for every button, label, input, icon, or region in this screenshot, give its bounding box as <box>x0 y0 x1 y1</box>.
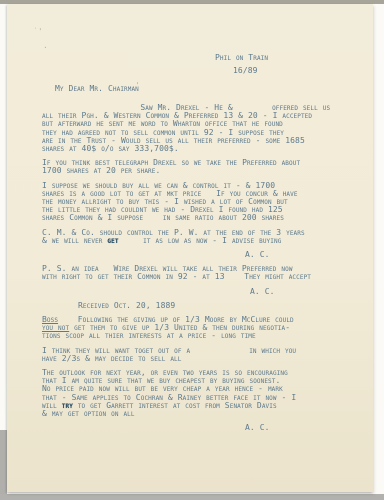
text-line: have 2/3s & may decide to sell all <box>42 355 367 363</box>
paragraph-outlook: The outlook for next year, or even two y… <box>42 369 367 418</box>
overstruck-word: get <box>107 236 118 245</box>
text-segment: shares at 40$ o/o say 333,700$. <box>42 144 179 153</box>
text-segment: it as low as now - I advise buying <box>119 236 282 245</box>
letter-date-line: 16/89 <box>233 67 258 75</box>
text-segment: 1700 shares at 20 per share. <box>42 166 160 175</box>
text-segment: A. C. <box>245 250 270 259</box>
text-line: with right to get their Common in 92 - a… <box>42 273 367 281</box>
text-segment: Received Oct. 20, 1889 <box>78 301 175 310</box>
text-line: A. C. <box>245 251 367 259</box>
signature-2: A. C. <box>250 288 367 296</box>
text-segment: A. C. <box>245 423 270 432</box>
paragraph-7: I think they will want toget out of a in… <box>42 347 367 363</box>
text-line: Received Oct. 20, 1889 <box>78 302 367 310</box>
text-line: shares Common & I suppose in same ratio … <box>42 214 367 222</box>
letter-paper: Phil on Train 16/89 My Dear Mr. Chairman… <box>7 4 373 492</box>
text-segment: A. C. <box>250 287 275 296</box>
text-line: A. C. <box>250 288 367 296</box>
text-line: tions scoop all thier interests at a pri… <box>42 332 367 340</box>
pencil-mark: ˙' <box>33 27 43 36</box>
paragraph-3: I suppose we should buy all we can & con… <box>42 182 367 223</box>
text-segment: tions scoop all thier interests at a pri… <box>42 331 256 340</box>
paragraph-2: If you think best telegraph Drexel so we… <box>42 159 367 175</box>
paragraph-4: C. M. & Co. should control the P. W. at … <box>42 229 367 245</box>
text-line: shares at 40$ o/o say 333,700$. <box>42 145 367 153</box>
letter-location-line: Phil on Train <box>215 54 268 62</box>
text-line: A. C. <box>245 424 367 432</box>
text-line: & we will never get it as low as now - I… <box>42 237 367 245</box>
text-segment: with right to get their Common in 92 - a… <box>42 272 311 281</box>
text-line: 1700 shares at 20 per share. <box>42 167 367 175</box>
text-segment: have 2/3s & may decide to sell all <box>42 354 181 363</box>
photo-edge-bottom <box>0 494 384 500</box>
text-line: & may get option on all <box>42 410 367 418</box>
paragraph-1: Saw Mr. Drexel - He & offered sell usall… <box>42 104 367 153</box>
letter-body: Saw Mr. Drexel - He & offered sell usall… <box>42 104 367 439</box>
received-stamp: Received Oct. 20, 1889 <box>78 302 367 310</box>
pencil-mark: ' <box>135 81 140 90</box>
signature-3: A. C. <box>245 424 367 432</box>
paragraph-ps: P. S. an idea Wire Drexel will take all … <box>42 265 367 281</box>
text-segment: & may get option on all <box>42 409 135 418</box>
pencil-mark: · <box>43 43 48 52</box>
photo-edge-left <box>0 430 7 494</box>
signature-1: A. C. <box>245 251 367 259</box>
letter-salutation: My Dear Mr. Chairman <box>55 85 139 93</box>
paragraph-boss: Boss Following the giving up of 1/3 Moor… <box>42 316 367 341</box>
text-segment: shares Common & I suppose in same ratio … <box>42 213 284 222</box>
text-segment: & we will never <box>42 236 107 245</box>
